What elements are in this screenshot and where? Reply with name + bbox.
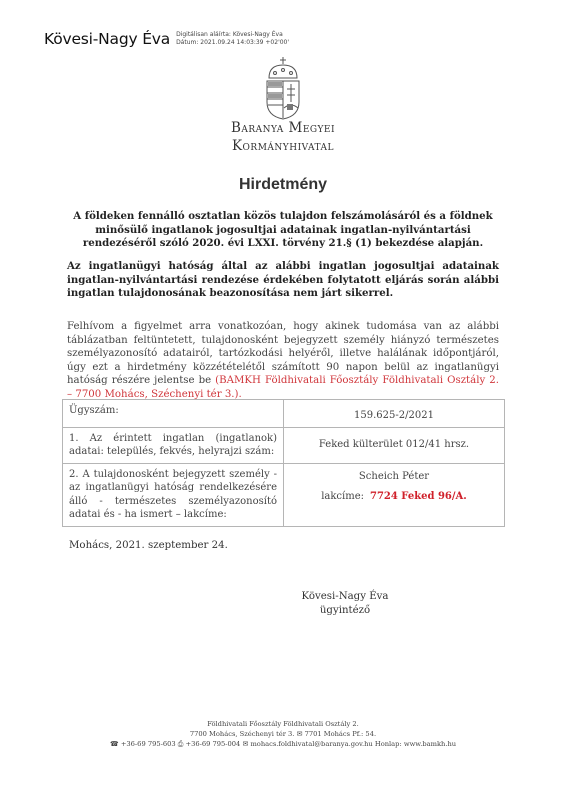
table-row: 1. Az érintett ingatlan (ingatlanok) ada… <box>63 427 505 463</box>
place-and-date: Mohács, 2021. szeptember 24. <box>69 540 228 551</box>
footer-contacts: ☎ +36-69 795-603 ⎙ +36-69 795-004 ✉ moha… <box>0 739 566 749</box>
signer-name: Kövesi-Nagy Éva <box>290 590 400 604</box>
footer-email[interactable]: mohacs.foldhivatal@baranya.gov.hu <box>250 740 372 748</box>
agency-name-line2: Kormányhivatal <box>0 138 566 154</box>
legal-basis: A földeken fennálló osztatlan közös tula… <box>60 210 506 251</box>
signature-name: Kövesi-Nagy Éva <box>44 30 170 48</box>
footer-department: Földhivatali Főosztály Földhivatali Oszt… <box>0 719 566 729</box>
owner-name: Scheich Péter <box>290 470 498 484</box>
mailbox-icon: ✉ <box>297 730 303 738</box>
signature-date: Dátum: 2021.09.24 14:03:39 +02'00' <box>176 39 289 47</box>
footer-fax: +36-69 795-004 <box>186 740 241 748</box>
phone-icon: ☎ <box>110 740 119 748</box>
case-number-value: 159.625-2/2021 <box>284 400 505 428</box>
owner-address: lakcíme:7724 Feked 96/A. <box>290 490 498 504</box>
signature-signed-by: Digitálisan aláírta: Kövesi-Nagy Éva <box>176 31 289 39</box>
notice-paragraph: Az ingatlanügyi hatóság által az alábbi … <box>67 260 499 301</box>
table-row: 2. A tulajdonosként bejegyzett személy -… <box>63 463 505 526</box>
table-row: Ügyszám: 159.625-2/2021 <box>63 400 505 428</box>
fax-icon: ⎙ <box>178 740 184 748</box>
owner-value: Scheich Péter lakcíme:7724 Feked 96/A. <box>284 463 505 526</box>
agency-name-line1: Baranya Megyei <box>0 120 566 136</box>
footer-phone: +36-69 795-603 <box>121 740 176 748</box>
footer-address: 7700 Mohács, Széchenyi tér 3. ✉ 7701 Moh… <box>0 729 566 739</box>
envelope-icon: ✉ <box>242 740 248 748</box>
owner-label: 2. A tulajdonosként bejegyzett személy -… <box>63 463 284 526</box>
case-number-label: Ügyszám: <box>63 400 284 428</box>
owner-address-value: 7724 Feked 96/A. <box>370 491 467 502</box>
signer-role: ügyintéző <box>290 604 400 618</box>
footer-website[interactable]: www.bamkh.hu <box>404 740 456 748</box>
digital-signature-stamp: Kövesi-Nagy Éva Digitálisan aláírta: Köv… <box>44 30 289 48</box>
signature-meta: Digitálisan aláírta: Kövesi-Nagy Éva Dát… <box>176 31 289 47</box>
hungarian-coat-of-arms-icon <box>263 56 303 120</box>
property-label: 1. Az érintett ingatlan (ingatlanok) ada… <box>63 427 284 463</box>
request-paragraph: Felhívom a figyelmet arra vonatkozóan, h… <box>67 320 499 401</box>
document-title: Hirdetmény <box>0 176 566 194</box>
property-value: Feked külterület 012/41 hrsz. <box>284 427 505 463</box>
signer-block: Kövesi-Nagy Éva ügyintéző <box>290 590 400 618</box>
footer: Földhivatali Főosztály Földhivatali Oszt… <box>0 719 566 749</box>
case-details-table: Ügyszám: 159.625-2/2021 1. Az érintett i… <box>62 399 505 527</box>
